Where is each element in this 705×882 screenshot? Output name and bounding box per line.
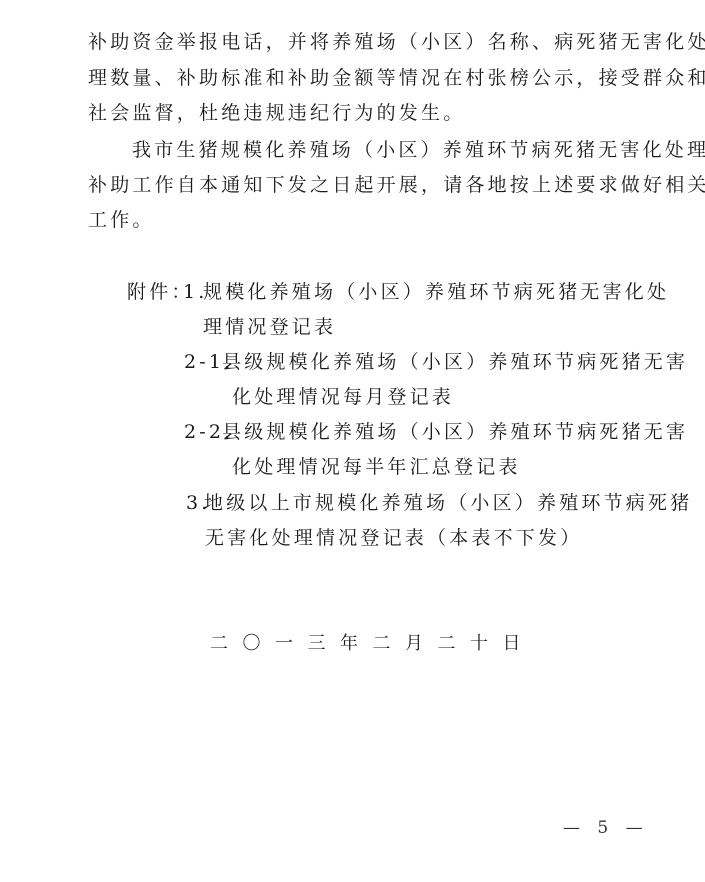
attachment-3-title-line-2: 无害化处理情况登记表（本表不下发）	[205, 526, 582, 550]
document-page: 补助资金举报电话，并将养殖场（小区）名称、病死猪无害化处 理数量、补助标准和补助…	[0, 0, 705, 882]
attachment-2-2-title-line-1: 县级规模化养殖场（小区）养殖环节病死猪无害	[222, 420, 688, 444]
attachment-2-1-title-line-1: 县级规模化养殖场（小区）养殖环节病死猪无害	[222, 350, 688, 374]
paragraph-2-line-1: 我市生猪规模化养殖场（小区）养殖环节病死猪无害化处理	[132, 138, 705, 162]
attachment-1-title-line-2: 理情况登记表	[203, 315, 336, 339]
attachment-3-title-line-1: 地级以上市规模化养殖场（小区）养殖环节病死猪	[204, 491, 692, 515]
attachment-1-title-line-1: 规模化养殖场（小区）养殖环节病死猪无害化处	[203, 280, 669, 304]
page-number: — 5 —	[563, 816, 649, 840]
paragraph-1-line-1: 补助资金举报电话，并将养殖场（小区）名称、病死猪无害化处	[88, 30, 705, 54]
paragraph-1-line-2: 理数量、补助标准和补助金额等情况在村张榜公示，接受群众和	[88, 66, 705, 90]
attachment-2-1-title-line-2: 化处理情况每月登记表	[232, 385, 454, 409]
paragraph-1-line-3: 社会监督，杜绝违规违纪行为的发生。	[88, 101, 465, 125]
paragraph-2-line-3: 工作。	[88, 208, 155, 232]
paragraph-2-line-2: 补助工作自本通知下发之日起开展，请各地按上述要求做好相关	[88, 173, 705, 197]
document-date: 二〇一三年二月二十日	[210, 632, 535, 656]
attachment-2-2-title-line-2: 化处理情况每半年汇总登记表	[232, 455, 521, 479]
